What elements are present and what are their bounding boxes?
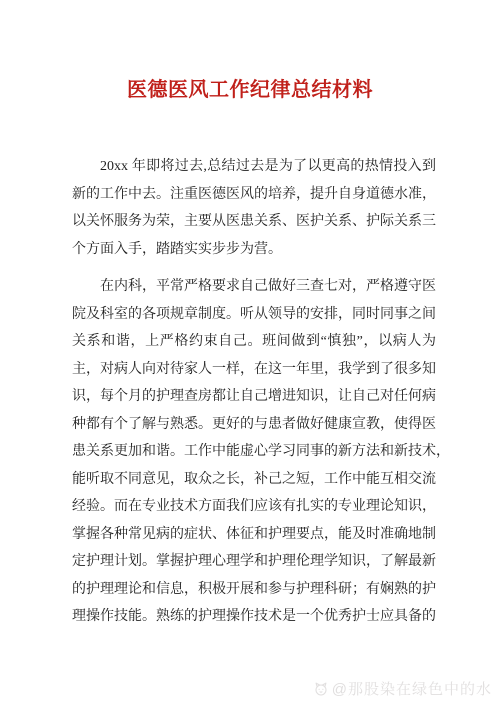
text-line: 患关系更加和谐。工作中能虚心学习同事的新方法和新技术， (72, 438, 436, 466)
text-line: 理操作技能。熟练的护理操作技术是一个优秀护士应具备的 (72, 603, 436, 631)
text-line: 种都有个了解与熟悉。更好的与患者做好健康宣教，使得医 (72, 411, 436, 439)
text-line: 定护理计划。掌握护理心理学和护理伦理学知识，了解最新 (72, 548, 436, 576)
text-line: 关系和谐，上严格约束自己。班间做到“慎独”，以病人为 (72, 328, 436, 356)
text-line: 掌握各种常见病的症状、体征和护理要点，能及时准确地制 (72, 521, 436, 549)
text-line: 以关怀服务为荣，主要从医患关系、医护关系、护际关系三 (72, 208, 436, 236)
page-title: 医德医风工作纪律总结材料 (0, 76, 500, 104)
text-line: 识，每个月的护理查房都让自己增进知识，让自己对任何病 (72, 383, 436, 411)
text-line: 新的工作中去。注重医德医风的培养，提升自身道德水准， (72, 181, 436, 209)
document-body: 20xx 年即将过去,总结过去是为了以更高的热情投入到新的工作中去。注重医德医风… (0, 153, 500, 631)
paragraph-intro: 20xx 年即将过去,总结过去是为了以更高的热情投入到新的工作中去。注重医德医风… (72, 153, 436, 263)
text-line: 的护理理论和信息，积极开展和参与护理科研；有娴熟的护 (72, 576, 436, 604)
paragraph-main: 在内科，平常严格要求自己做好三查七对，严格遵守医院及科室的各项规章制度。听从领导… (72, 273, 436, 631)
watermark: @那股染在绿色中的水 (313, 678, 492, 699)
text-line: 个方面入手，踏踏实实步步为营。 (72, 236, 436, 264)
text-line: 主，对病人向对待家人一样，在这一年里，我学到了很多知 (72, 356, 436, 384)
text-line: 20xx 年即将过去,总结过去是为了以更高的热情投入到 (72, 153, 436, 181)
text-line: 院及科室的各项规章制度。听从领导的安排，同时同事之间 (72, 301, 436, 329)
document-page: 医德医风工作纪律总结材料 20xx 年即将过去,总结过去是为了以更高的热情投入到… (0, 0, 500, 707)
text-line: 能听取不同意见，取众之长，补己之短，工作中能互相交流 (72, 466, 436, 494)
text-line: 经验。而在专业技术方面我们应该有扎实的专业理论知识， (72, 493, 436, 521)
watermark-text: @那股染在绿色中的水 (332, 678, 492, 699)
text-line: 在内科，平常严格要求自己做好三查七对，严格遵守医 (72, 273, 436, 301)
cat-icon (313, 681, 329, 697)
